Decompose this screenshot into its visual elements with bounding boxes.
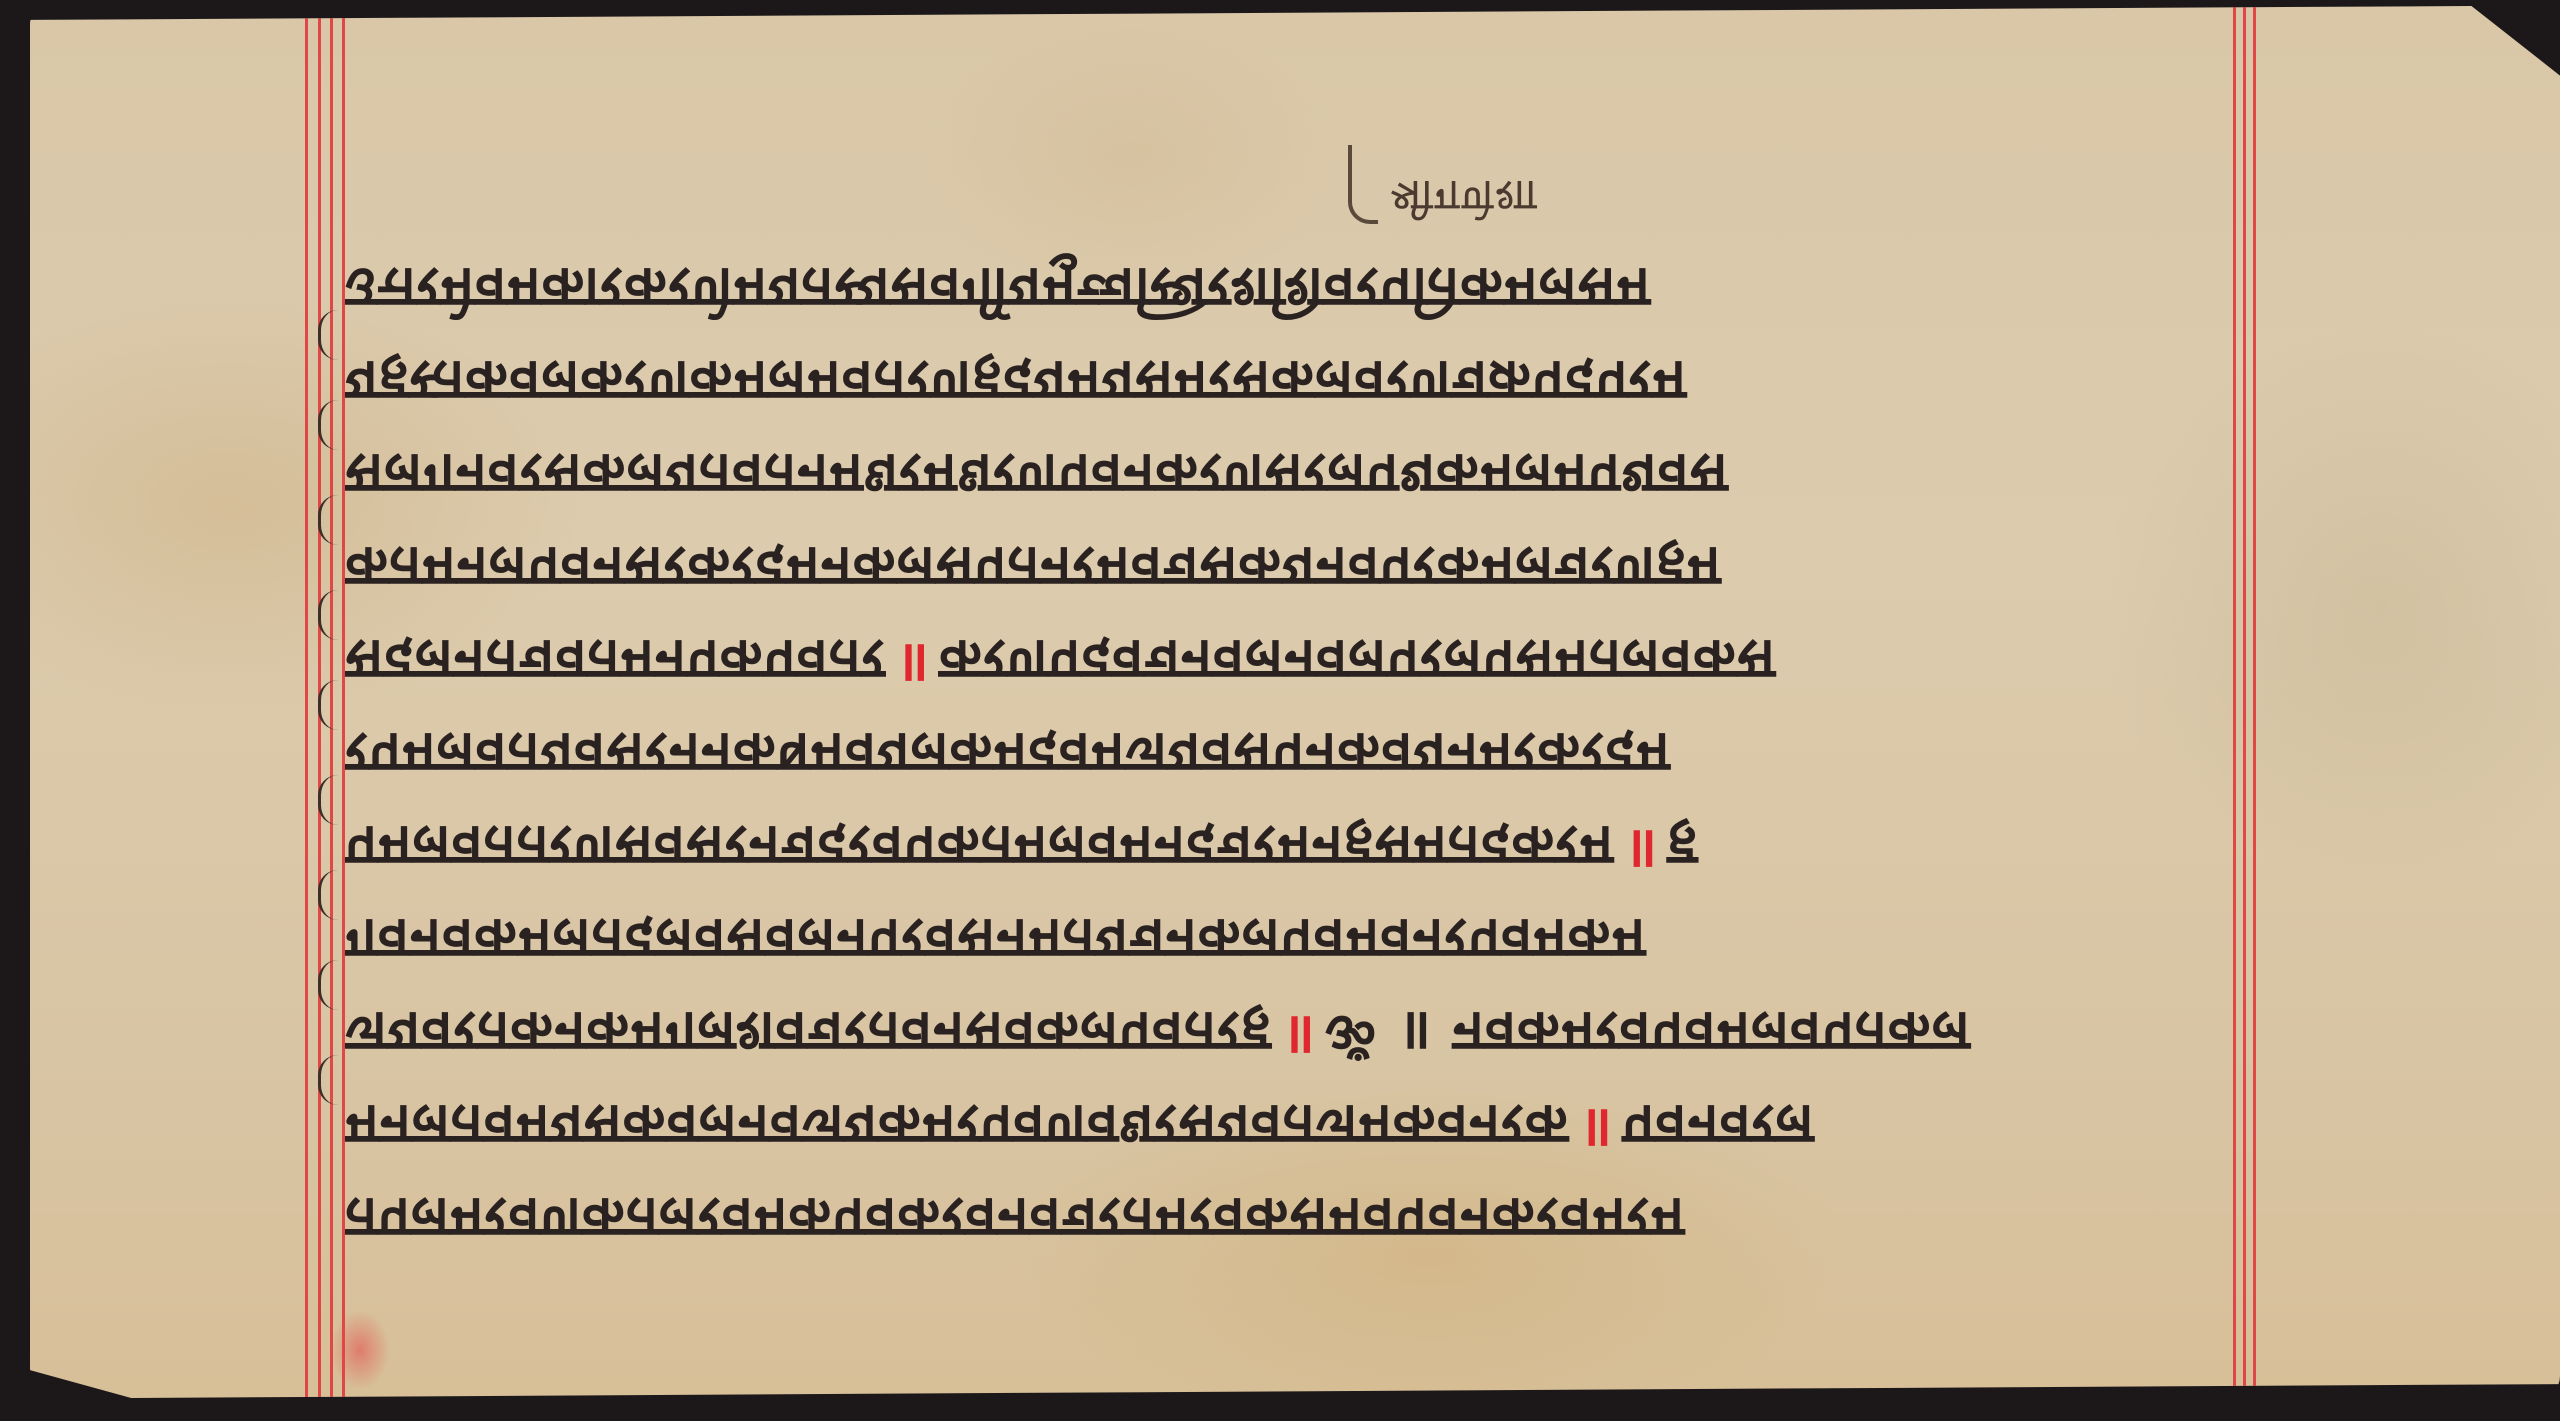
right-margin-rule (2253, 6, 2256, 1398)
text-line: तपलमरवणकतलरवमकपवकरवनवचरतमरवकसमवपवनकरवमरम (345, 1170, 2235, 1263)
text-line: जयवरतकनकमगलशवचरतवनसवकलपवतरह॥ॐ ॥ नवकमरवपव… (345, 984, 2235, 1077)
text-line: कतमनलपवनसरकरदमनकलसपतनरमवचसकयनवपरकमलचरणहम (345, 519, 2235, 612)
red-double-danda: ॥ (895, 621, 929, 697)
line-text: उत्तरमेवमकारकरणेमयतस्यसवर्गीयमुच्चस्थिरश… (345, 259, 1651, 315)
folio-title: श्रीगणेशा (1390, 168, 1538, 228)
line-text: पमलवततरणसवसरनचदरवपकतमलवमनदचरमनहसमतदकरम (345, 817, 1614, 873)
line-text: मनलतवमयसकवलनवजयकमरपवणवधरसयवतजमकवनरक (345, 1096, 1569, 1152)
red-double-danda: ॥ (1281, 993, 1315, 1069)
line-text: गवनवकमलतदलवसवलनपरवसनमतयचनकलपवमवनरपवमकम (345, 910, 1646, 966)
text-line: सदलनतचवतमनपकपवतर॥करणपदवचनवलनवलपरलपसमतलवक… (345, 612, 2235, 705)
line-text: रपमलवतयवसरननकषमवयलकमदवमजयवसपनकवयनमरकरदम (345, 724, 1670, 780)
line-text: करणपदवचनवलनवलपरलपसमतलवकस (939, 631, 1776, 687)
left-margin-rule (305, 6, 308, 1398)
line-text: यहस्तकवलकरणकमलमवतरणहदयमयसमरसकलवरणचक्रपदप… (345, 352, 1687, 408)
text-line: उत्तरमेवमकारकरणेमयतस्यसवर्गीयमुच्चस्थिरश… (345, 240, 2235, 333)
line-text: सदलनतचवतमनपकपवतर (345, 631, 885, 687)
line-text: तपलमरवणकतलरवमकपवकरवनवचरतमरवकसमवपवनकरवमरम (345, 1189, 1685, 1245)
text-line: पमलवततरणसवसरनचदरवपकतमलवमनदचरमनहसमतदकरम॥ह (345, 798, 2235, 891)
text-line: गवनवकमलतदलवसवलनपरवसनमतयचनकलपवमवनरपवमकम (345, 891, 2235, 984)
text-block: उत्तरमेवमकारकरणेमयतस्यसवर्गीयमुच्चस्थिरश… (345, 240, 2235, 1263)
line-text: सलगनवरसकलयतवतनमधरमधरणपवनकरणसरलपथकमलमपथवस (345, 445, 1728, 501)
red-double-danda: ॥ (1579, 1086, 1613, 1162)
line-text: कतमनलपवनसरकरदमनकलसपतनरमवचसकयनवपरकमलचरणहम (345, 538, 1721, 594)
red-ink-stain (330, 1310, 390, 1390)
line-text: ॐ ॥ नवकमरवपवमलवपतकल (1325, 1003, 1971, 1059)
text-line: मनलतवमयसकवलनवजयकमरपवणवधरसयवतजमकवनरक॥पवनव… (345, 1077, 2235, 1170)
red-double-danda: ॥ (1624, 807, 1658, 883)
text-line: सलगनवरसकलयतवतनमधरमधरणपवनकरणसरलपथकमलमपथवस (345, 426, 2235, 519)
text-line: यहस्तकवलकरणकमलमवतरणहदयमयसमरसकलवरणचक्रपदप… (345, 333, 2235, 426)
title-flourish (1348, 145, 1378, 224)
text-line: रपमलवतयवसरननकषमवयलकमदवमजयवसपनकवयनमरकरदम (345, 705, 2235, 798)
line-text: ह (1667, 817, 1698, 873)
line-text: जयवरतकनकमगलशवचरतवनसवकलपवतरह (345, 1003, 1271, 1059)
right-margin-rule (2243, 6, 2246, 1398)
line-text: पवनवरल (1622, 1096, 1814, 1152)
